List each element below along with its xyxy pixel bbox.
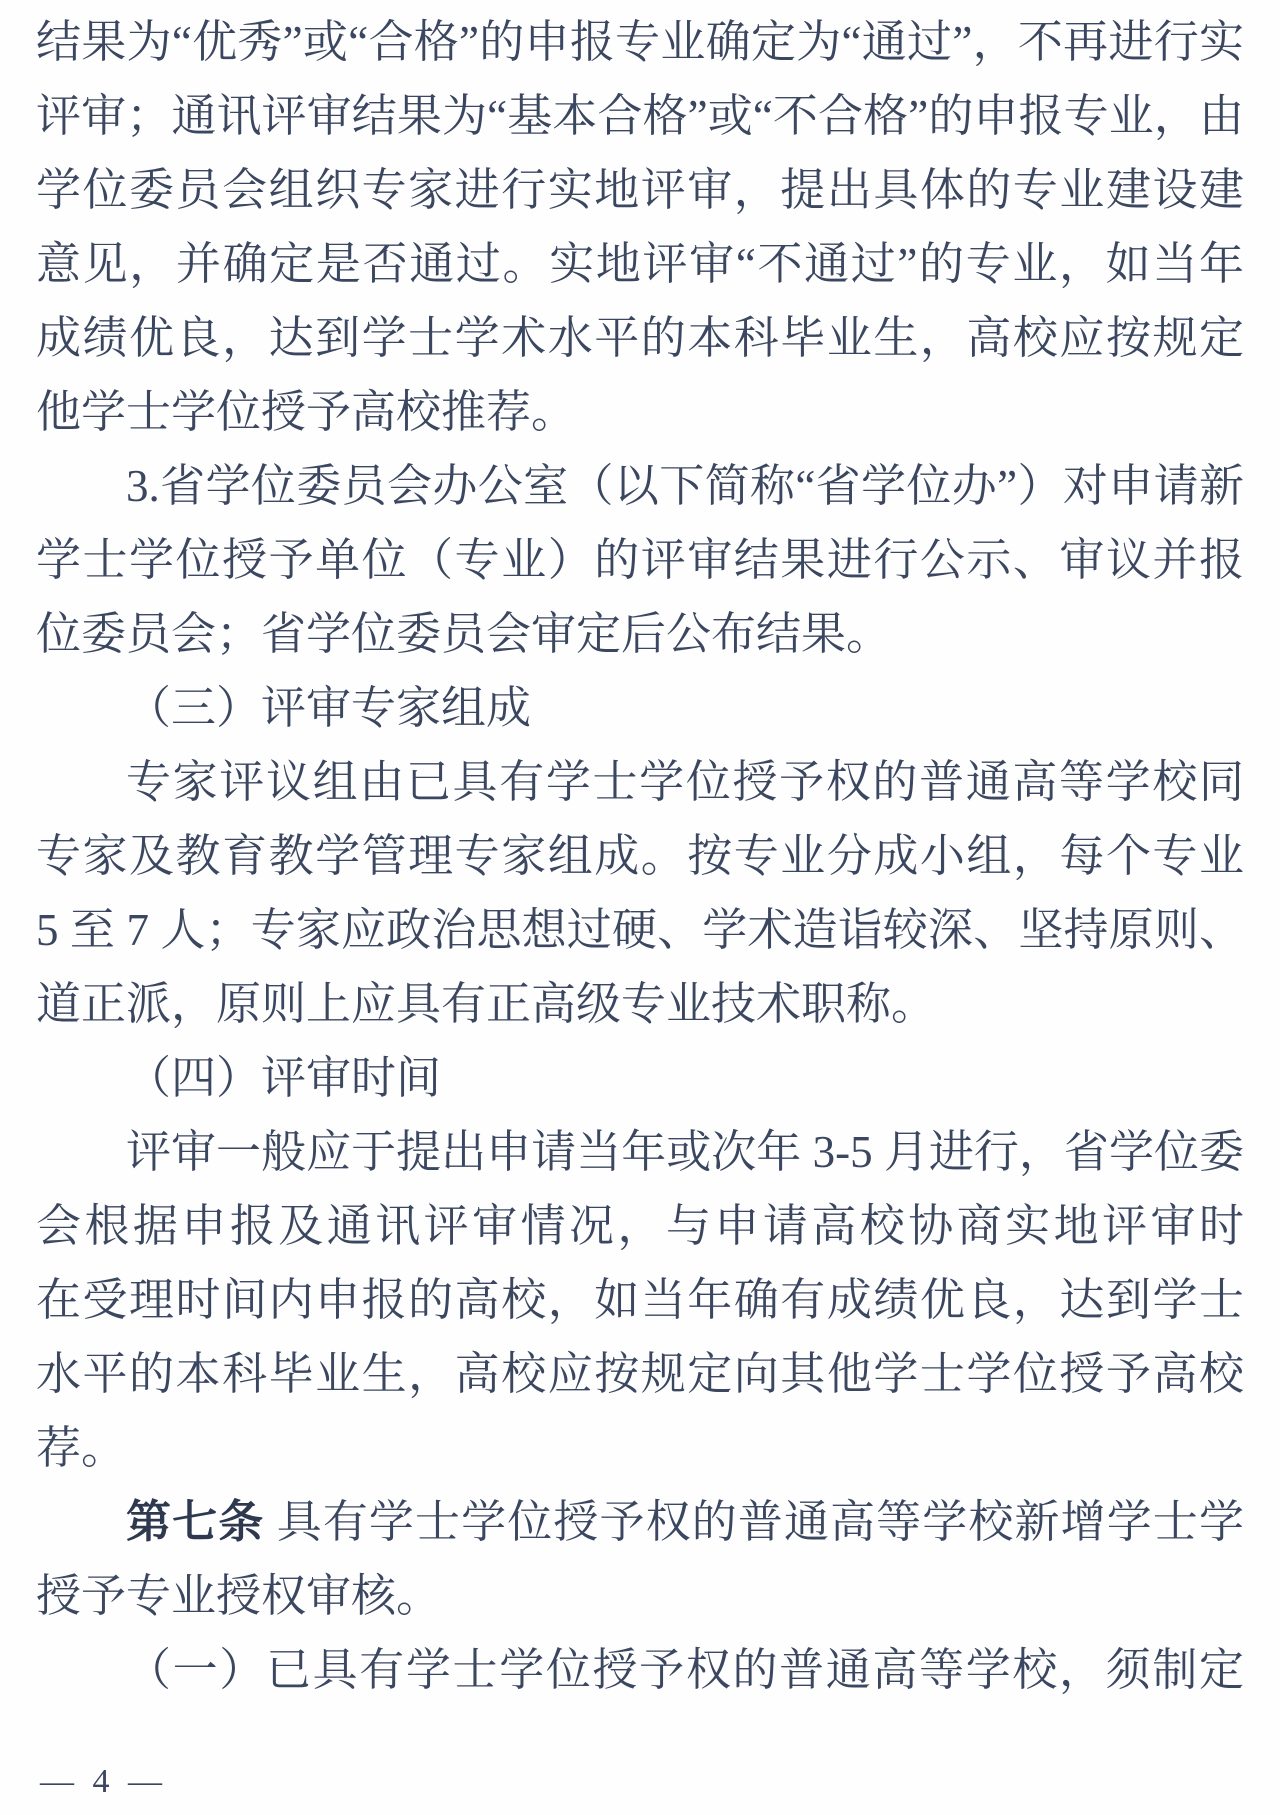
text-line: 位委员会；省学位委员会审定后公布结果。 (36, 597, 1244, 671)
line-text: 荐。 (36, 1423, 126, 1473)
line-text: 学士学位授予单位（专业）的评审结果进行公示、审议并报省学 (36, 535, 1244, 597)
text-line: （三）评审专家组成 (36, 671, 1244, 745)
line-text: 3.省学位委员会办公室（以下简称“省学位办”）对申请新增 (36, 461, 1244, 523)
line-text: 位委员会；省学位委员会审定后公布结果。 (36, 609, 891, 659)
text-line: 道正派，原则上应具有正高级专业技术职称。 (36, 967, 1244, 1041)
line-text: 评审一般应于提出申请当年或次年 3-5 月进行，省学位委员 (36, 1127, 1244, 1189)
text-line: 学士学位授予单位（专业）的评审结果进行公示、审议并报省学 (36, 523, 1244, 597)
text-line: 评审；通讯评审结果为“基本合格”或“不合格”的申报专业，由省 (36, 79, 1244, 153)
line-text: 学位委员会组织专家进行实地评审，提出具体的专业建设建议和 (36, 165, 1244, 227)
text-line: 3.省学位委员会办公室（以下简称“省学位办”）对申请新增 (36, 449, 1244, 523)
bold-run: 第七条 (126, 1497, 264, 1547)
document-body: 结果为“优秀”或“合格”的申报专业确定为“通过”，不再进行实地评审；通讯评审结果… (36, 5, 1244, 1707)
line-text: 5 至 7 人；专家应政治思想过硬、学术造诣较深、坚持原则、公 (36, 905, 1244, 967)
text-line: 他学士学位授予高校推荐。 (36, 375, 1244, 449)
text-line: 专家及教育教学管理专家组成。按专业分成小组，每个专业小组 (36, 819, 1244, 893)
line-text: 道正派，原则上应具有正高级专业技术职称。 (36, 979, 936, 1029)
text-line: 专家评议组由已具有学士学位授予权的普通高等学校同行 (36, 745, 1244, 819)
line-text: 在受理时间内申报的高校，如当年确有成绩优良，达到学士学术 (36, 1275, 1244, 1337)
text-line: 会根据申报及通讯评审情况，与申请高校协商实地评审时间。未 (36, 1189, 1244, 1263)
text-line: 学位委员会组织专家进行实地评审，提出具体的专业建设建议和 (36, 153, 1244, 227)
text-line: 评审一般应于提出申请当年或次年 3-5 月进行，省学位委员 (36, 1115, 1244, 1189)
text-line: 意见，并确定是否通过。实地评审“不通过”的专业，如当年确有 (36, 227, 1244, 301)
line-text: 意见，并确定是否通过。实地评审“不通过”的专业，如当年确有 (36, 239, 1244, 301)
page-number: — 4 — (40, 1762, 167, 1802)
text-line: 荐。 (36, 1411, 1244, 1485)
text-line: 在受理时间内申报的高校，如当年确有成绩优良，达到学士学术 (36, 1263, 1244, 1337)
text-line: 水平的本科毕业生，高校应按规定向其他学士学位授予高校推 (36, 1337, 1244, 1411)
text-line: 第七条 具有学士学位授予权的普通高等学校新增学士学位 (36, 1485, 1244, 1559)
text-line: 5 至 7 人；专家应政治思想过硬、学术造诣较深、坚持原则、公 (36, 893, 1244, 967)
line-text: 他学士学位授予高校推荐。 (36, 387, 576, 437)
document-page: 结果为“优秀”或“合格”的申报专业确定为“通过”，不再进行实地评审；通讯评审结果… (0, 0, 1280, 1815)
line-text: （一）已具有学士学位授予权的普通高等学校，须制定完善 (36, 1645, 1244, 1707)
line-text: 专家评议组由已具有学士学位授予权的普通高等学校同行 (36, 757, 1244, 819)
text-line: 结果为“优秀”或“合格”的申报专业确定为“通过”，不再进行实地 (36, 5, 1244, 79)
line-text: 会根据申报及通讯评审情况，与申请高校协商实地评审时间。未 (36, 1201, 1244, 1263)
line-text: 专家及教育教学管理专家组成。按专业分成小组，每个专业小组 (36, 831, 1244, 893)
line-text: 结果为“优秀”或“合格”的申报专业确定为“通过”，不再进行实地 (36, 17, 1244, 79)
text-line: 授予专业授权审核。 (36, 1559, 1244, 1633)
text-line: （一）已具有学士学位授予权的普通高等学校，须制定完善 (36, 1633, 1244, 1707)
line-text: 授予专业授权审核。 (36, 1571, 441, 1621)
line-text: 成绩优良，达到学士学术水平的本科毕业生，高校应按规定向其 (36, 313, 1244, 375)
line-text: （四）评审时间 (126, 1053, 441, 1103)
line-text: 水平的本科毕业生，高校应按规定向其他学士学位授予高校推 (36, 1349, 1244, 1411)
text-line: 成绩优良，达到学士学术水平的本科毕业生，高校应按规定向其 (36, 301, 1244, 375)
line-text: 评审；通讯评审结果为“基本合格”或“不合格”的申报专业，由省 (36, 91, 1244, 153)
line-text: （三）评审专家组成 (126, 683, 531, 733)
text-line: （四）评审时间 (36, 1041, 1244, 1115)
